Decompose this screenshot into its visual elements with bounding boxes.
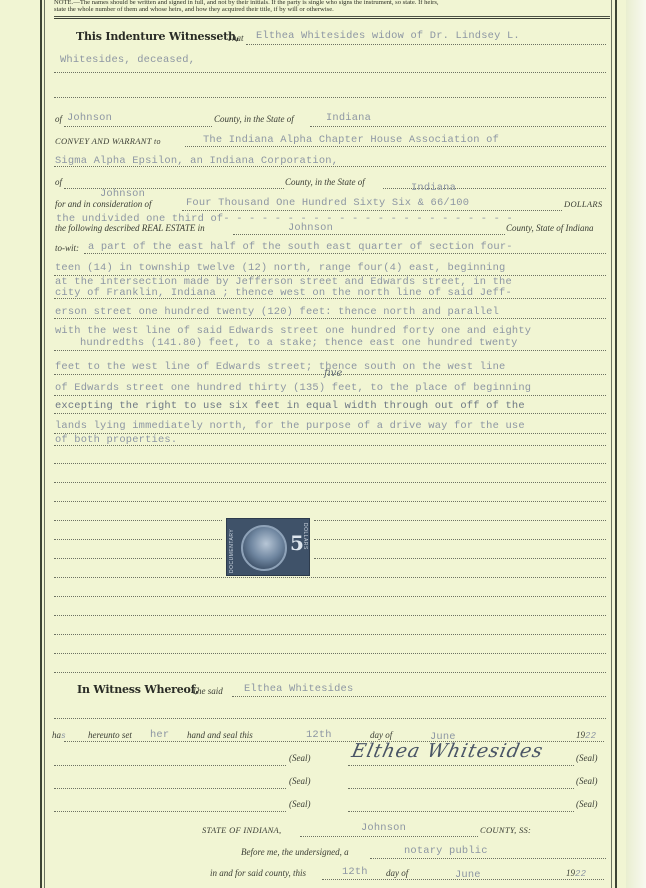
stamp-right-text: DOLLARS <box>300 523 308 573</box>
seal-line-left-1 <box>54 765 286 766</box>
label-county-state-2: County, in the State of <box>285 177 365 187</box>
grantor-county: Johnson <box>67 112 112 124</box>
blank-rule <box>54 634 606 635</box>
label-ha-text: ha <box>52 730 61 740</box>
blank-rule <box>54 482 606 483</box>
blank-rule <box>314 520 606 521</box>
notary-year-suffix: 22 <box>575 869 586 879</box>
blank-rule <box>54 653 606 654</box>
label-following: the following described REAL ESTATE in <box>55 223 205 233</box>
seal-line-left-3 <box>54 811 286 812</box>
typed-day: 12th <box>306 729 332 741</box>
grantor-line-2-rule <box>54 72 606 73</box>
seal-label: (Seal) <box>576 753 598 763</box>
paper-edge <box>626 0 646 888</box>
typed-her: her <box>150 729 169 741</box>
blank-rule <box>54 672 606 673</box>
blank-rule <box>314 539 606 540</box>
notary-day: 12th <box>342 866 368 878</box>
year-prefix: 19 <box>576 730 585 740</box>
label-hand-and-seal: hand and seal this <box>187 730 253 740</box>
label-hereunto-set: hereunto set <box>88 730 132 740</box>
label-to: to <box>154 137 161 146</box>
grantor-county-rule <box>64 126 212 127</box>
seal-line-right-2 <box>348 788 574 789</box>
label-in-and-for: in and for said county, this <box>210 868 306 878</box>
legal-line: teen (14) in township twelve (12) north,… <box>55 262 505 274</box>
notary-county: Johnson <box>361 822 406 834</box>
grantee-line-1-rule <box>185 146 606 147</box>
seal-label: (Seal) <box>289 776 311 786</box>
witness-name: Elthea Whitesides <box>244 683 353 695</box>
label-county-state-indiana: County, State of Indiana <box>506 223 594 233</box>
typed-ha-suffix: s <box>61 732 66 741</box>
seal-label: (Seal) <box>289 799 311 809</box>
blank-rule <box>54 463 606 464</box>
legal-rule-0 <box>84 253 606 254</box>
real-estate-county: Johnson <box>288 222 333 234</box>
revenue-stamp: DOCUMENTARY 5 DOLLARS <box>226 518 310 576</box>
blank-rule <box>314 558 606 559</box>
legal-rule-6 <box>54 395 606 396</box>
grantor-state: Indiana <box>326 112 371 124</box>
legal-rule-7 <box>54 413 606 414</box>
stamp-left-text: DOCUMENTARY <box>229 523 239 573</box>
legal-line: a part of the east half of the south eas… <box>88 241 513 253</box>
seal-label: (Seal) <box>289 753 311 763</box>
grantee-line-2: Sigma Alpha Epsilon, an Indiana Corporat… <box>55 155 338 167</box>
notary-label-day-of: day of <box>386 868 408 878</box>
notary-title-rule <box>370 858 606 859</box>
grantee-county-rule <box>64 188 284 189</box>
witness-name-rule <box>232 696 606 697</box>
grantee-state: Indiana <box>411 182 456 194</box>
legal-line: erson street one hundred twenty (120) fe… <box>55 306 499 318</box>
legal-line: city of Franklin, Indiana ; thence west … <box>55 287 512 299</box>
blank-rule <box>54 501 606 502</box>
label-convey-text: CONVEY AND WARRANT <box>55 136 152 146</box>
border-left-inner <box>44 0 45 888</box>
legal-line: feet to the west line of Edwards street;… <box>55 361 505 373</box>
label-of: of <box>55 114 62 124</box>
handwritten-insertion: five <box>324 368 342 379</box>
heading-witness: In Witness Whereof, <box>77 683 199 696</box>
year: 1922 <box>576 730 596 741</box>
grantor-line-3-rule <box>54 97 606 98</box>
blank-rule <box>54 539 222 540</box>
label-before-me: Before me, the undersigned, a <box>241 847 349 857</box>
heading-indenture: This Indenture Witnesseth, <box>76 30 239 43</box>
seal-label: (Seal) <box>576 799 598 809</box>
instructions-line-2: state the whole number of them and whose… <box>54 6 614 14</box>
label-county-ss: COUNTY, SS: <box>480 825 531 835</box>
blank-rule <box>54 577 606 578</box>
header-rule-thick <box>54 18 610 19</box>
label-of-2: of <box>55 177 62 187</box>
label-the-said: The said <box>192 686 223 696</box>
label-dollars: DOLLARS <box>564 199 602 209</box>
header-rule-thin <box>54 16 610 17</box>
grantor-line-1: Elthea Whitesides widow of Dr. Lindsey L… <box>256 30 520 42</box>
legal-line: of Edwards street one hundred thirty (13… <box>55 382 531 394</box>
notary-county-rule <box>300 836 478 837</box>
legal-rule-4 <box>54 350 606 351</box>
witness-rule-2 <box>54 718 606 719</box>
grantor-line-1-rule <box>246 44 606 45</box>
grantor-state-rule <box>310 126 606 127</box>
legal-line: excepting the right to use six feet in e… <box>55 400 525 412</box>
grantor-line-2: Whitesides, deceased, <box>60 54 195 66</box>
blank-rule <box>54 558 222 559</box>
seal-line-left-2 <box>54 788 286 789</box>
blank-rule <box>54 520 222 521</box>
border-right-outer <box>615 0 617 888</box>
label-convey: CONVEY AND WARRANT to <box>55 136 161 146</box>
consideration-amount: Four Thousand One Hundred Sixty Six & 66… <box>186 197 469 209</box>
notary-title: notary public <box>404 845 488 857</box>
label-ha: has <box>52 730 66 741</box>
label-day-of: day of <box>370 730 392 740</box>
grantee-line-1: The Indiana Alpha Chapter House Associat… <box>203 134 499 146</box>
real-estate-county-rule <box>233 234 505 235</box>
notary-year-prefix: 19 <box>566 868 575 878</box>
blank-rule <box>54 445 606 446</box>
notary-month: June <box>455 869 481 881</box>
seal-label: (Seal) <box>576 776 598 786</box>
instructions-note: NOTE.—The names should be written and si… <box>54 0 614 14</box>
label-state-of-indiana: STATE OF INDIANA, <box>202 825 281 835</box>
year-suffix: 22 <box>585 731 596 741</box>
blank-rule <box>54 615 606 616</box>
seal-line-right-3 <box>348 811 574 812</box>
notary-year: 1922 <box>566 868 586 879</box>
label-county-state: County, in the State of <box>214 114 294 124</box>
label-that: That <box>227 33 244 43</box>
border-left-outer <box>40 0 42 888</box>
legal-line: lands lying immediately north, for the p… <box>55 420 525 432</box>
blank-rule <box>54 596 606 597</box>
stamp-portrait-icon <box>241 525 287 571</box>
seal-line-right-1 <box>348 765 574 766</box>
grantor-signature: Elthea Whitesides <box>350 740 546 762</box>
legal-rule-3 <box>54 318 606 319</box>
label-consideration: for and in consideration of <box>55 199 152 209</box>
legal-line: with the west line of said Edwards stree… <box>55 325 531 337</box>
consideration-rule <box>182 210 562 211</box>
legal-line: hundredths (141.80) feet, to a stake; th… <box>80 337 518 349</box>
border-right-inner <box>611 0 612 888</box>
label-to-wit: to-wit: <box>55 243 79 253</box>
